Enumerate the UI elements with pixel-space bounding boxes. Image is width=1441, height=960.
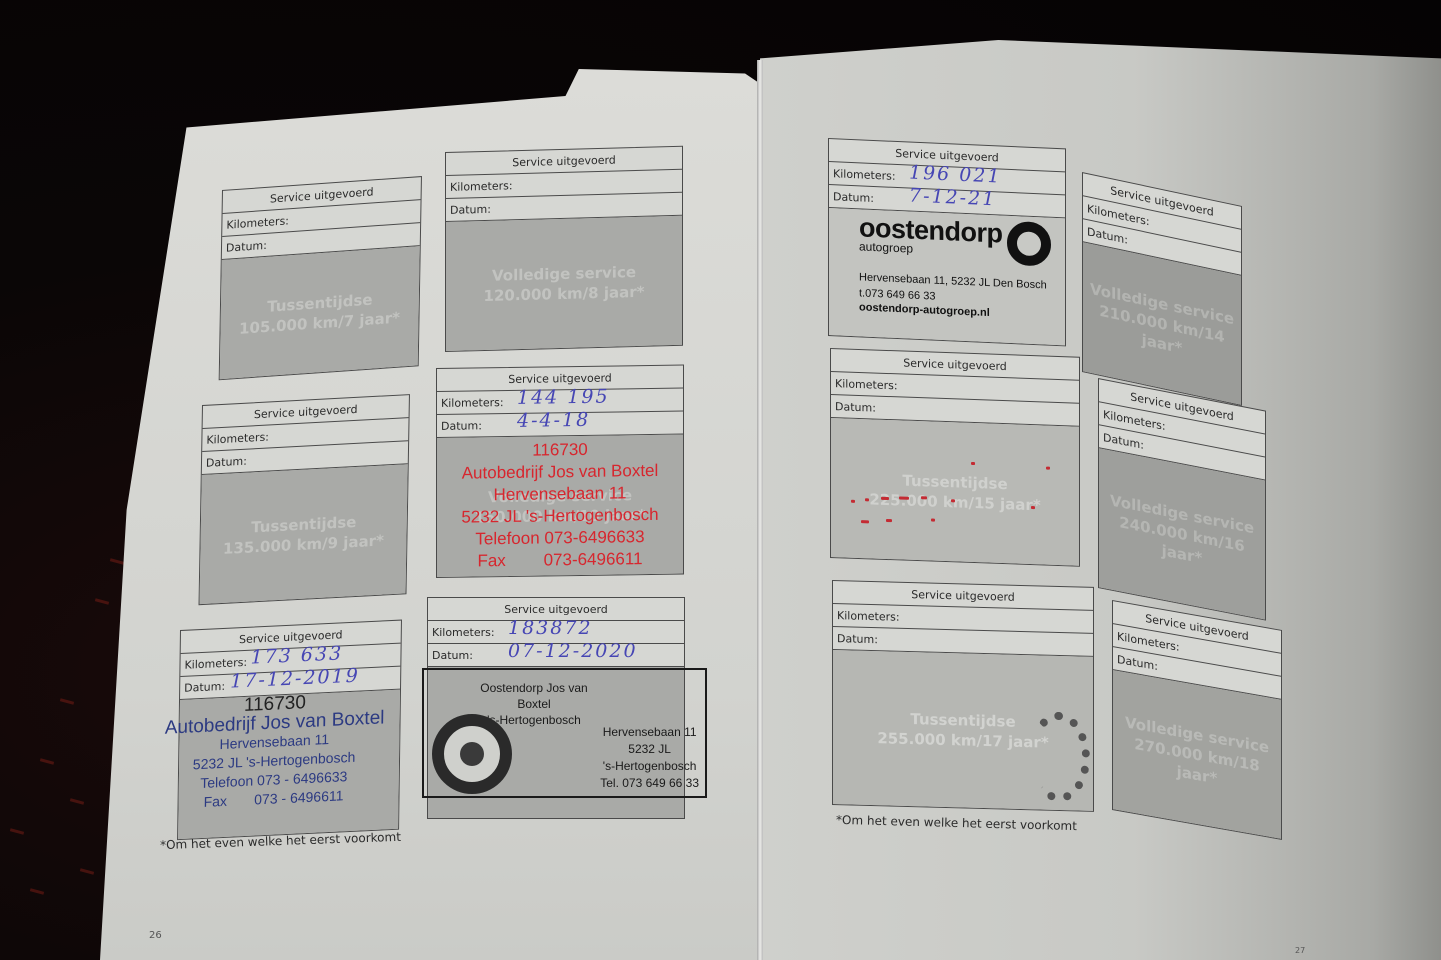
service-box-180000: Service uitgevoerd Kilometers:183872 Dat…	[427, 597, 685, 819]
dealer-stamp-red: 116730 Autobedrijf Jos van Boxtel Herven…	[437, 438, 683, 573]
service-box-120000: Service uitgevoerd Kilometers: Datum: Vo…	[445, 146, 683, 352]
handwritten-km: 183872	[508, 617, 593, 640]
service-interval: Tussentijdse 135.000 km/9 jaar*	[200, 464, 408, 604]
book-spine	[757, 60, 763, 960]
handwritten-date: 4-4-18	[517, 409, 590, 433]
service-box-270000: Service uitgevoerd Kilometers: Datum: Vo…	[1112, 600, 1282, 840]
row-date: Datum:07-12-2020	[428, 644, 684, 667]
service-box-255000: Service uitgevoerd Kilometers: Datum: Tu…	[832, 580, 1094, 812]
service-box-165000: Service uitgevoerd Kilometers:173 633 Da…	[177, 620, 402, 841]
handwritten-date: 7-12-21	[909, 185, 996, 212]
service-box-240000: Service uitgevoerd Kilometers: Datum: Vo…	[1098, 378, 1266, 621]
page-number-right: 27	[1295, 946, 1305, 955]
service-interval: Volledige service 270.000 km/18 jaar*	[1113, 670, 1281, 839]
dealer-stamp-oostendorp: oostendorp autogroep Hervensebaan 11, 52…	[859, 212, 1065, 322]
service-box-150000: Service uitgevoerd Kilometers:144 195 Da…	[436, 365, 684, 578]
handwritten-date: 07-12-2020	[508, 640, 638, 663]
target-logo-icon	[432, 714, 512, 794]
service-interval: Tussentijdse 105.000 km/7 jaar*	[220, 246, 420, 379]
service-interval: Tussentijdse 225.000 km/15 jaar*	[831, 418, 1079, 566]
service-box-135000: Service uitgevoerd Kilometers: Datum: Tu…	[199, 394, 410, 605]
handwritten-km: 144 195	[517, 386, 610, 410]
service-box-210000: Service uitgevoerd Kilometers: Datum: Vo…	[1082, 172, 1242, 406]
handwritten-date: 17-12-2019	[230, 665, 360, 694]
row-date: Datum:4-4-18	[437, 412, 683, 438]
page-number-left: 26	[149, 930, 162, 941]
dealer-stamp-black: Oostendorp Jos van Boxtel 's-Hertogenbos…	[422, 668, 707, 798]
service-box-195000: Service uitgevoerd Kilometers:196 021 Da…	[828, 138, 1066, 346]
service-box-225000: Service uitgevoerd Kilometers: Datum: Tu…	[830, 348, 1080, 567]
black-ink-transfer	[1028, 711, 1090, 803]
service-interval: Volledige service 120.000 km/8 jaar*	[446, 216, 682, 351]
service-box-105000: Service uitgevoerd Kilometers: Datum: Tu…	[219, 176, 422, 380]
dealer-stamp-blue: 116730 Autobedrijf Jos van Boxtel Herven…	[148, 689, 400, 815]
